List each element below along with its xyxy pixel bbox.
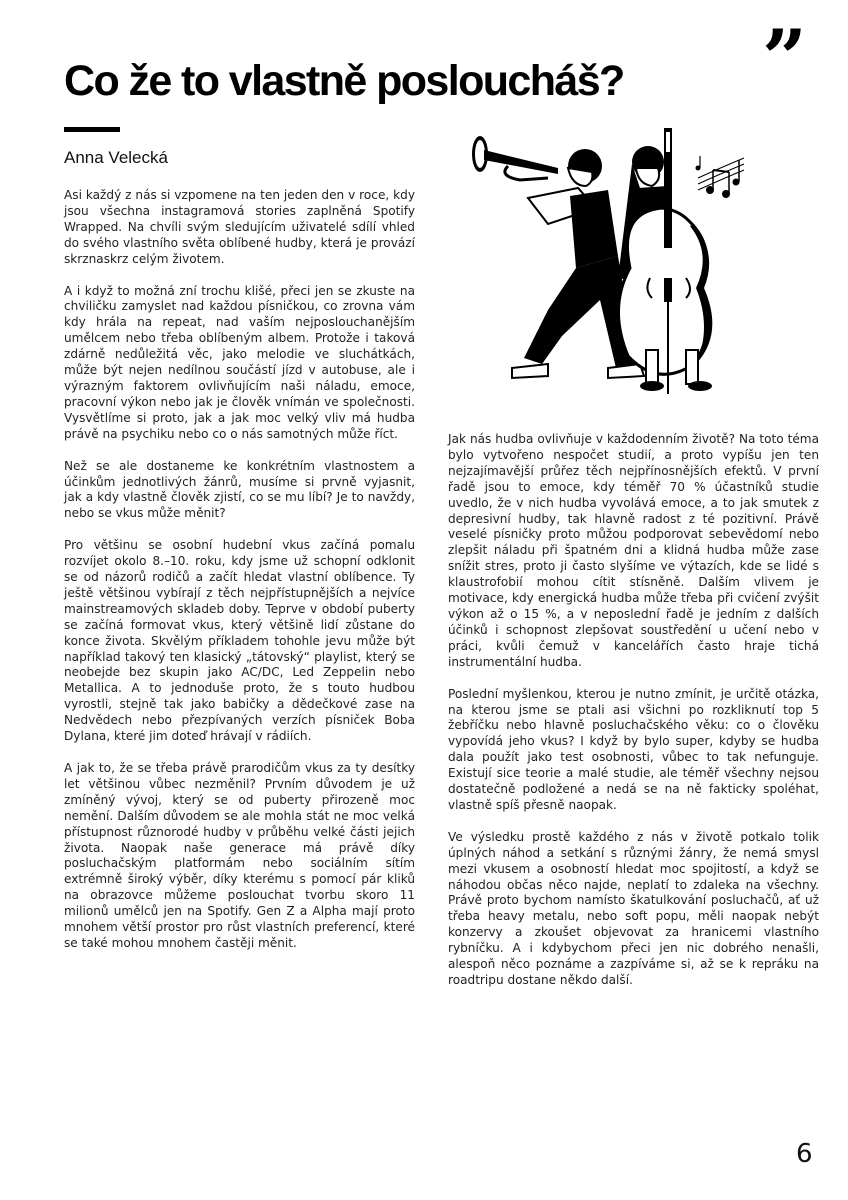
paragraph: Ve výsledku prostě každého z nás v život… — [448, 830, 819, 989]
paragraph: Jak nás hudba ovlivňuje v každodenním ži… — [448, 432, 819, 671]
paragraph: Pro většinu se osobní hudební vkus začín… — [64, 538, 415, 745]
article-title: Co že to vlastně posloucháš? — [64, 58, 624, 105]
title-underline-divider — [64, 127, 120, 132]
closing-quote-icon: ” — [762, 20, 807, 98]
page-number: 6 — [796, 1139, 813, 1169]
musicians-illustration — [468, 128, 748, 410]
paragraph: Než se ale dostaneme ke konkrétním vlast… — [64, 459, 415, 523]
left-text-column: Asi každý z nás si vzpomene na ten jeden… — [64, 188, 415, 968]
paragraph: A jak to, že se třeba právě prarodičům v… — [64, 761, 415, 952]
jazz-musicians-icon — [468, 128, 748, 410]
right-text-column: Jak nás hudba ovlivňuje v každodenním ži… — [448, 432, 819, 1005]
paragraph: A i když to možná zní trochu klišé, přec… — [64, 284, 415, 443]
paragraph: Poslední myšlenkou, kterou je nutno zmín… — [448, 687, 819, 814]
author-name: Anna Velecká — [64, 148, 168, 168]
paragraph: Asi každý z nás si vzpomene na ten jeden… — [64, 188, 415, 268]
